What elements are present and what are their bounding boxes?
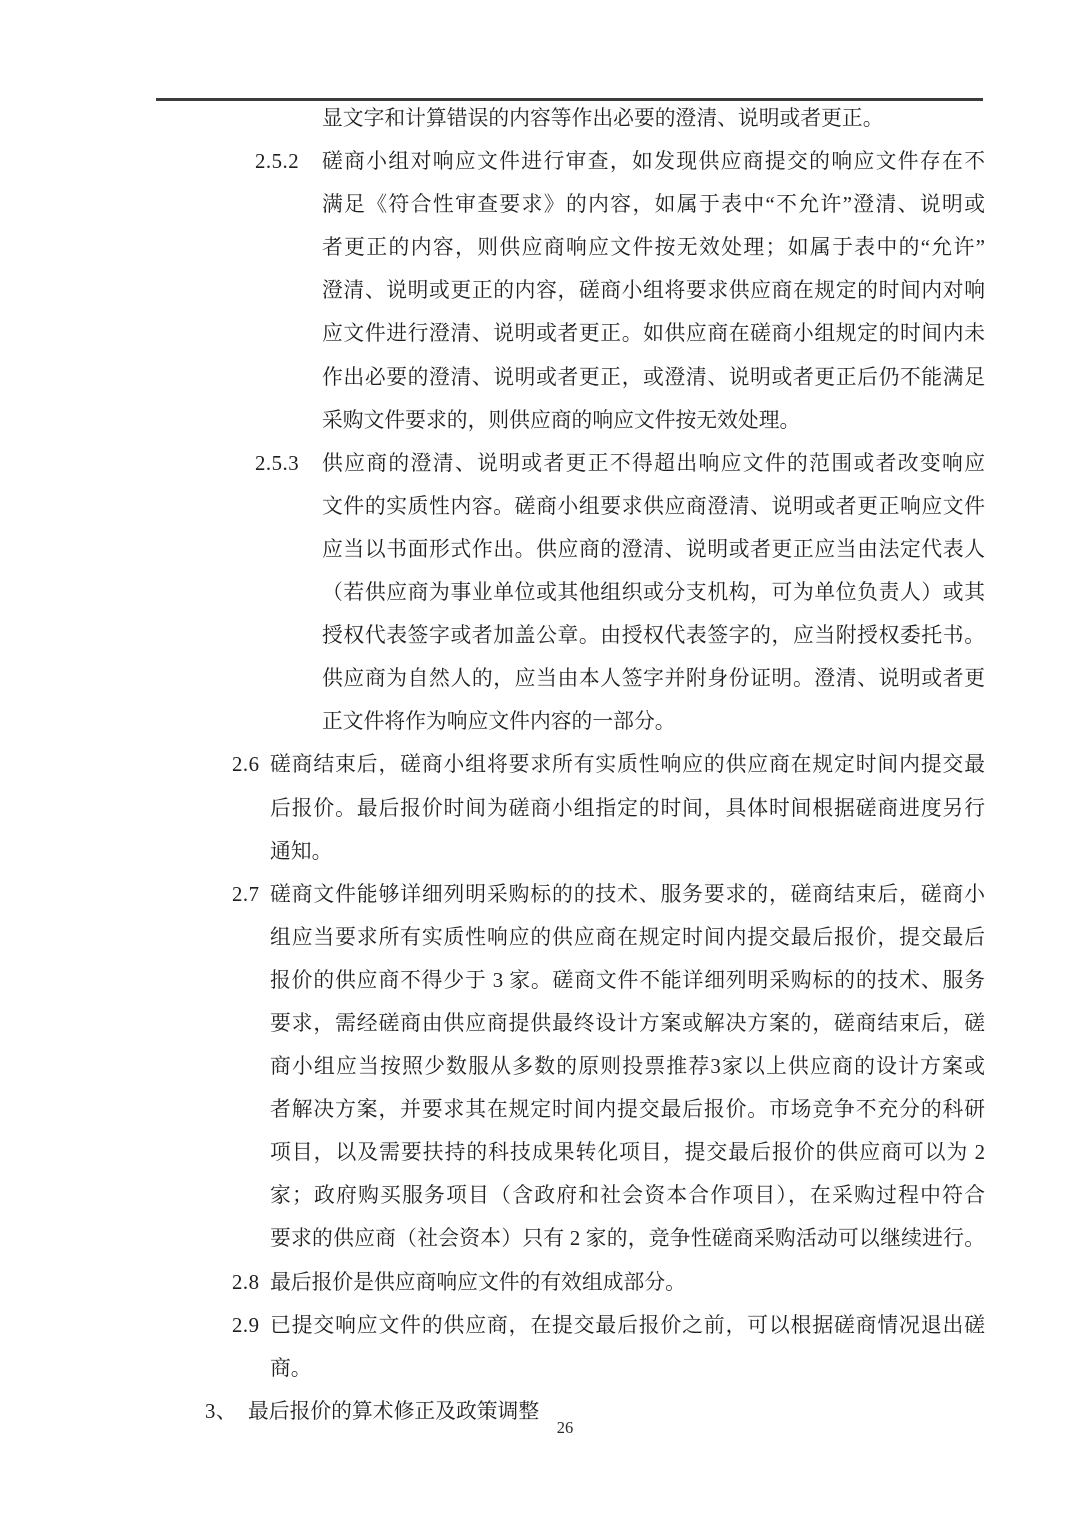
line-text: 磋商小组对响应文件进行审查，如发现供应商提交的响应文件存在不 — [322, 140, 985, 183]
text-line: 商小组应当按照少数服从多数的原则投票推荐3家以上供应商的设计方案或 — [205, 1045, 985, 1088]
document-body: 显文字和计算错误的内容等作出必要的澄清、说明或者更正。2.5.2磋商小组对响应文… — [205, 97, 985, 1433]
text-line: 应文件进行澄清、说明或者更正。如供应商在磋商小组规定的时间内未 — [205, 312, 985, 355]
text-line: 项目，以及需要扶持的科技成果转化项目，提交最后报价的供应商可以为 2 — [205, 1131, 985, 1174]
line-text: 供应商的澄清、说明或者更正不得超出响应文件的范围或者改变响应 — [322, 442, 985, 485]
line-text: 已提交响应文件的供应商，在提交最后报价之前，可以根据磋商情况退出磋 — [270, 1304, 985, 1347]
text-line: 家；政府购买服务项目（含政府和社会资本合作项目），在采购过程中符合 — [205, 1174, 985, 1217]
line-text: 正文件将作为响应文件内容的一部分。 — [322, 700, 985, 743]
text-line: 2.6磋商结束后，磋商小组将要求所有实质性响应的供应商在规定时间内提交最 — [205, 743, 985, 786]
line-text: 最后报价是供应商响应文件的有效组成部分。 — [270, 1261, 985, 1304]
text-line: 者更正的内容，则供应商响应文件按无效处理；如属于表中的“允许” — [205, 226, 985, 269]
line-text: 要求的供应商（社会资本）只有 2 家的，竞争性磋商采购活动可以继续进行。 — [270, 1217, 985, 1260]
line-text: 要求，需经磋商由供应商提供最终设计方案或解决方案的，磋商结束后，磋 — [270, 1002, 985, 1045]
text-line: 组应当要求所有实质性响应的供应商在规定时间内提交最后报价，提交最后 — [205, 916, 985, 959]
line-text: 商小组应当按照少数服从多数的原则投票推荐3家以上供应商的设计方案或 — [270, 1045, 985, 1088]
line-text: 显文字和计算错误的内容等作出必要的澄清、说明或者更正。 — [322, 97, 985, 140]
text-line: 采购文件要求的，则供应商的响应文件按无效处理。 — [205, 399, 985, 442]
text-line: 显文字和计算错误的内容等作出必要的澄清、说明或者更正。 — [205, 97, 985, 140]
text-line: 要求，需经磋商由供应商提供最终设计方案或解决方案的，磋商结束后，磋 — [205, 1002, 985, 1045]
clause-number: 2.6 — [232, 743, 260, 786]
clause-number: 2.7 — [232, 873, 260, 916]
line-text: 授权代表签字或者加盖公章。由授权代表签字的，应当附授权委托书。 — [322, 614, 985, 657]
clause-number: 2.5.3 — [255, 442, 299, 485]
line-text: 满足《符合性审查要求》的内容，如属于表中“不允许”澄清、说明或 — [322, 183, 985, 226]
line-text: 家；政府购买服务项目（含政府和社会资本合作项目），在采购过程中符合 — [270, 1174, 985, 1217]
text-line: 正文件将作为响应文件内容的一部分。 — [205, 700, 985, 743]
text-line: 报价的供应商不得少于 3 家。磋商文件不能详细列明采购标的的技术、服务 — [205, 959, 985, 1002]
text-line: 澄清、说明或更正的内容，磋商小组将要求供应商在规定的时间内对响 — [205, 269, 985, 312]
text-line: 者解决方案，并要求其在规定时间内提交最后报价。市场竞争不充分的科研 — [205, 1088, 985, 1131]
text-line: 2.8最后报价是供应商响应文件的有效组成部分。 — [205, 1261, 985, 1304]
page-number: 26 — [156, 1418, 974, 1438]
line-text: 组应当要求所有实质性响应的供应商在规定时间内提交最后报价，提交最后 — [270, 916, 985, 959]
text-line: 作出必要的澄清、说明或者更正，或澄清、说明或者更正后仍不能满足 — [205, 356, 985, 399]
line-text: 采购文件要求的，则供应商的响应文件按无效处理。 — [322, 399, 985, 442]
text-line: 供应商为自然人的，应当由本人签字并附身份证明。澄清、说明或者更 — [205, 657, 985, 700]
line-text: 者解决方案，并要求其在规定时间内提交最后报价。市场竞争不充分的科研 — [270, 1088, 985, 1131]
line-text: 报价的供应商不得少于 3 家。磋商文件不能详细列明采购标的的技术、服务 — [270, 959, 985, 1002]
clause-number: 2.9 — [232, 1304, 260, 1347]
line-text: 应当以书面形式作出。供应商的澄清、说明或者更正应当由法定代表人 — [322, 528, 985, 571]
text-line: 通知。 — [205, 830, 985, 873]
line-text: 项目，以及需要扶持的科技成果转化项目，提交最后报价的供应商可以为 2 — [270, 1131, 985, 1174]
text-line: 后报价。最后报价时间为磋商小组指定的时间，具体时间根据磋商进度另行 — [205, 787, 985, 830]
text-line: 2.5.2磋商小组对响应文件进行审查，如发现供应商提交的响应文件存在不 — [205, 140, 985, 183]
line-text: 应文件进行澄清、说明或者更正。如供应商在磋商小组规定的时间内未 — [322, 312, 985, 355]
text-line: 商。 — [205, 1347, 985, 1390]
clause-number: 2.5.2 — [255, 140, 299, 183]
text-line: （若供应商为事业单位或其他组织或分支机构，可为单位负责人）或其 — [205, 571, 985, 614]
line-text: 澄清、说明或更正的内容，磋商小组将要求供应商在规定的时间内对响 — [322, 269, 985, 312]
text-line: 2.9已提交响应文件的供应商，在提交最后报价之前，可以根据磋商情况退出磋 — [205, 1304, 985, 1347]
line-text: 作出必要的澄清、说明或者更正，或澄清、说明或者更正后仍不能满足 — [322, 356, 985, 399]
line-text: 通知。 — [270, 830, 985, 873]
line-text: 文件的实质性内容。磋商小组要求供应商澄清、说明或者更正响应文件 — [322, 485, 985, 528]
text-line: 满足《符合性审查要求》的内容，如属于表中“不允许”澄清、说明或 — [205, 183, 985, 226]
line-text: 商。 — [270, 1347, 985, 1390]
text-line: 2.7磋商文件能够详细列明采购标的的技术、服务要求的，磋商结束后，磋商小 — [205, 873, 985, 916]
line-text: （若供应商为事业单位或其他组织或分支机构，可为单位负责人）或其 — [322, 571, 985, 614]
line-text: 磋商文件能够详细列明采购标的的技术、服务要求的，磋商结束后，磋商小 — [270, 873, 985, 916]
text-line: 文件的实质性内容。磋商小组要求供应商澄清、说明或者更正响应文件 — [205, 485, 985, 528]
line-text: 供应商为自然人的，应当由本人签字并附身份证明。澄清、说明或者更 — [322, 657, 985, 700]
line-text: 后报价。最后报价时间为磋商小组指定的时间，具体时间根据磋商进度另行 — [270, 787, 985, 830]
clause-number: 2.8 — [232, 1261, 260, 1304]
text-line: 应当以书面形式作出。供应商的澄清、说明或者更正应当由法定代表人 — [205, 528, 985, 571]
text-line: 2.5.3供应商的澄清、说明或者更正不得超出响应文件的范围或者改变响应 — [205, 442, 985, 485]
text-line: 要求的供应商（社会资本）只有 2 家的，竞争性磋商采购活动可以继续进行。 — [205, 1217, 985, 1260]
text-line: 授权代表签字或者加盖公章。由授权代表签字的，应当附授权委托书。 — [205, 614, 985, 657]
line-text: 磋商结束后，磋商小组将要求所有实质性响应的供应商在规定时间内提交最 — [270, 743, 985, 786]
document-page: 显文字和计算错误的内容等作出必要的澄清、说明或者更正。2.5.2磋商小组对响应文… — [0, 0, 1080, 1527]
line-text: 者更正的内容，则供应商响应文件按无效处理；如属于表中的“允许” — [322, 226, 985, 269]
